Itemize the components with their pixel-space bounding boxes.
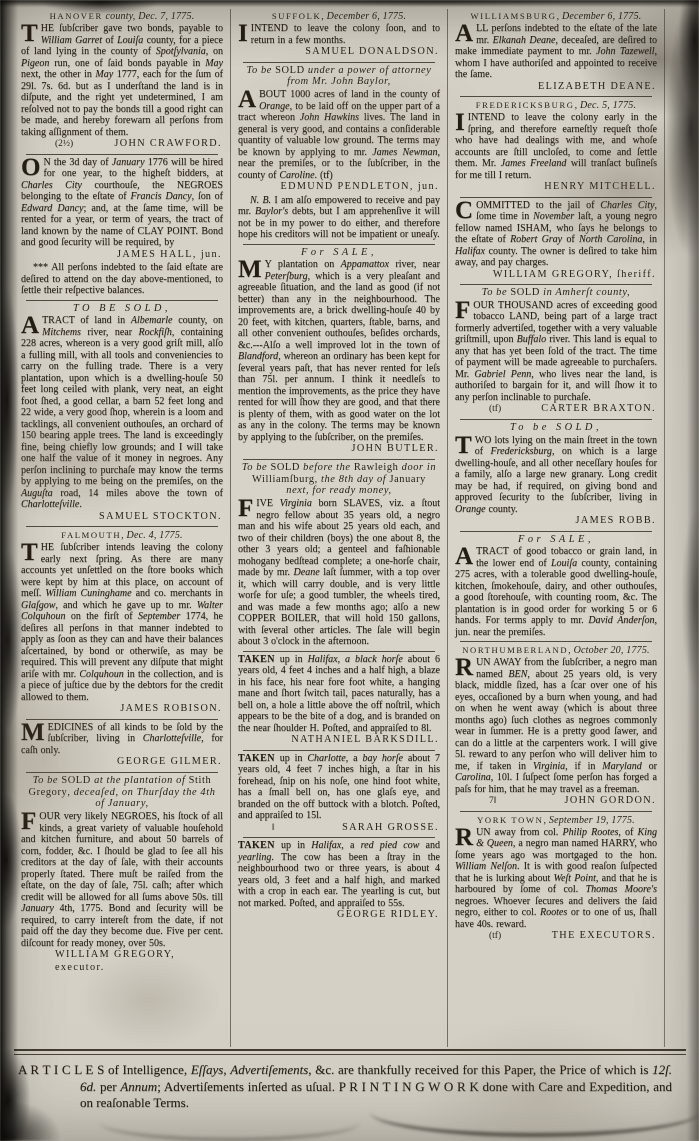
- ad-separator-rule: [460, 197, 652, 198]
- ad-separator-rule: [243, 750, 435, 751]
- ad-body: ALL perſons indebted to the eſtate of th…: [455, 23, 657, 81]
- signature-mark: 7‖: [489, 795, 496, 808]
- ad-body: ATRACT of good tobacco or grain land, in…: [455, 546, 657, 638]
- drop-cap: F: [455, 300, 473, 321]
- ad-separator-rule: [26, 719, 218, 720]
- ad-signature: GEORGE GILMER.: [21, 756, 222, 769]
- drop-cap: M: [21, 722, 48, 743]
- advertisement: To be SOLD in Amherſt county,FOUR THOUSA…: [455, 287, 657, 416]
- advertisement: Fredericksburg, Dec. 5, 1775.IINTEND to …: [455, 99, 657, 194]
- advertisement: Williamsburg, December 6, 1775.ALL perſo…: [455, 10, 657, 93]
- column-1: Hanover county, Dec. 7, 1775.THE ſubſcri…: [14, 9, 230, 1047]
- ad-dateline: Suffolk, December 6, 1775.: [238, 10, 440, 23]
- signature-name: CARTER BRAXTON.: [541, 403, 656, 416]
- ad-signature: NATHANIEL BARKSDILL.: [238, 734, 439, 747]
- advertisement: For SALE,MY plantation on Appamattox riv…: [238, 247, 440, 456]
- drop-cap: A: [455, 546, 476, 567]
- drop-cap: O: [21, 157, 43, 178]
- signature-name: SARAH GROSSE.: [342, 822, 439, 835]
- signature-name: GEORGE GILMER.: [117, 756, 222, 769]
- ad-separator-rule: [243, 837, 435, 838]
- ad-signature: JAMES ROBB.: [455, 515, 656, 528]
- lead-word: TAKEN: [238, 840, 275, 851]
- ad-dateline: Fredericksburg, Dec. 5, 1775.: [455, 99, 657, 112]
- lead-word: TAKEN: [238, 654, 275, 665]
- signature-name: SAMUEL STOCKTON.: [99, 511, 222, 524]
- ad-separator-rule: [243, 244, 435, 245]
- signature-name: JOHN CRAWFORD.: [114, 138, 222, 151]
- drop-cap: T: [21, 23, 41, 44]
- ad-separator-rule: [243, 459, 435, 460]
- signature-name: JOHN BUTLER.: [351, 443, 439, 456]
- signature-mark: (2½): [55, 138, 73, 151]
- signature-name: SAMUEL DONALDSON.: [305, 46, 439, 59]
- advertisement: To be SOLD at the plantation of Stith Gr…: [21, 775, 223, 974]
- advertisement: To be SOLD,TWO lots lying on the main ſt…: [455, 422, 657, 528]
- ad-separator-rule: [460, 419, 652, 420]
- ad-body: THE ſubſcriber intends leaving the colon…: [21, 542, 223, 703]
- ad-dateline: Williamsburg, December 6, 1775.: [455, 10, 657, 23]
- advertisement: MEDICINES of all kinds to be ſold by the…: [21, 722, 223, 769]
- ad-separator-rule: [460, 96, 652, 97]
- signature-name: JAMES HALL, jun.: [117, 249, 222, 262]
- ad-body: RUN away from col. Philip Rootes, of Kin…: [455, 827, 657, 931]
- advertisement: COMMITTED to the jail of Charles City, ſ…: [455, 200, 657, 282]
- ad-signature: ‖SARAH GROSSE.: [238, 822, 439, 835]
- advertisement: TAKEN up in Halifax, a red pied cow and …: [238, 840, 440, 922]
- advertisement: TAKEN up in Charlotte, a bay horſe about…: [238, 753, 440, 835]
- advertisement-columns: Hanover county, Dec. 7, 1775.THE ſubſcri…: [14, 9, 665, 1047]
- ad-body: TAKEN up in Halifax, a red pied cow and …: [238, 840, 440, 909]
- ad-heading: To be SOLD,: [457, 422, 655, 434]
- column-2: Suffolk, December 6, 1775.IINTEND to lea…: [230, 9, 447, 1047]
- ad-heading: For SALE,: [240, 247, 438, 259]
- ad-separator-rule: [26, 526, 218, 527]
- ad-signature: (2½)JOHN CRAWFORD.: [21, 138, 222, 151]
- drop-cap: A: [238, 89, 259, 110]
- ad-body: RUN AWAY from the ſubſcriber, a negro ma…: [455, 657, 657, 795]
- signature-name: THE EXECUTORS.: [552, 930, 656, 943]
- ad-dateline: Hanover county, Dec. 7, 1775.: [21, 10, 223, 23]
- ad-heading: To be SOLD in Amherſt county,: [457, 287, 655, 299]
- drop-cap: T: [455, 435, 475, 456]
- ad-heading: TO BE SOLD,: [23, 303, 221, 315]
- ad-heading: To be SOLD at the plantation of Stith Gr…: [23, 775, 221, 810]
- advertisement: Hanover county, Dec. 7, 1775.THE ſubſcri…: [21, 10, 223, 151]
- ad-signature: JAMES HALL, jun.: [21, 249, 222, 262]
- advertisement: Suffolk, December 6, 1775.IINTEND to lea…: [238, 10, 440, 59]
- footer-text: A R T I C L E S of Intelligence, Eſſays,…: [18, 1062, 672, 1112]
- ad-signature: ELIZABETH DEANE.: [455, 81, 656, 94]
- advertisement: TAKEN up in Halifax, a black horſe about…: [238, 654, 440, 747]
- advertisement: Falmouth, Dec. 4, 1775.THE ſubſcriber in…: [21, 529, 223, 716]
- ad-body: FIVE Virginia born SLAVES, viz. a ſtout …: [238, 498, 440, 648]
- ad-signature: WILLIAM GREGORY, executor.: [21, 949, 222, 974]
- advertisement: York Town, September 19, 1775.RUN away f…: [455, 814, 657, 943]
- newspaper-paper: Hanover county, Dec. 7, 1775.THE ſubſcri…: [0, 0, 699, 1141]
- signature-name: JAMES ROBISON.: [120, 703, 222, 716]
- advertisement: To be SOLD under a power of attorney fro…: [238, 65, 440, 241]
- drop-cap: F: [21, 811, 39, 832]
- ad-signature: JOHN BUTLER.: [238, 443, 439, 456]
- ad-separator-rule: [26, 300, 218, 301]
- drop-cap: A: [455, 23, 476, 44]
- signature-name: GEORGE RIDLEY.: [337, 909, 439, 922]
- ad-body: TAKEN up in Charlotte, a bay horſe about…: [238, 753, 440, 822]
- signature-name: ELIZABETH DEANE.: [538, 81, 656, 94]
- advertisement: For SALE,ATRACT of good tobacco or grain…: [455, 534, 657, 639]
- signature-mark: (tf): [489, 403, 501, 416]
- ad-body: FOUR very likely NEGROES, his ſtock of a…: [21, 811, 223, 949]
- signature-name: EDMUND PENDLETON, jun.: [280, 181, 439, 194]
- footer-double-rule: [14, 1049, 686, 1055]
- signature-mark: (tf): [489, 930, 501, 943]
- ad-body: ON the 3d day of January 1776 will be hi…: [21, 157, 223, 249]
- ad-body: TAKEN up in Halifax, a black horſe about…: [238, 654, 440, 735]
- signature-name: WILLIAM GREGORY, ſheriff.: [493, 269, 656, 282]
- ad-separator-rule: [460, 641, 652, 642]
- ad-signature: WILLIAM GREGORY, ſheriff.: [455, 269, 656, 282]
- ad-signature: (tf)THE EXECUTORS.: [455, 930, 656, 943]
- ad-separator-rule: [26, 154, 218, 155]
- ad-dateline: Falmouth, Dec. 4, 1775.: [21, 529, 223, 542]
- ad-separator-rule: [243, 62, 435, 63]
- ad-body: ABOUT 1000 acres of land in the county o…: [238, 89, 440, 181]
- ad-dateline: York Town, September 19, 1775.: [455, 814, 657, 827]
- ad-separator-rule: [460, 531, 652, 532]
- ad-postscript: N. B. I am alſo empowered to receive and…: [238, 195, 440, 241]
- ad-body: MEDICINES of all kinds to be ſold by the…: [21, 722, 223, 757]
- advertisement: To be SOLD before the Rawleigh door in W…: [238, 462, 440, 648]
- ad-signature: HENRY MITCHELL.: [455, 181, 656, 194]
- signature-name: HENRY MITCHELL.: [544, 181, 656, 194]
- drop-cap: I: [455, 112, 468, 133]
- ad-body: COMMITTED to the jail of Charles City, ſ…: [455, 200, 657, 269]
- signature-mark: ‖: [272, 822, 275, 835]
- ad-signature: EDMUND PENDLETON, jun.: [238, 181, 439, 194]
- drop-cap: C: [455, 200, 476, 221]
- ad-separator-rule: [243, 651, 435, 652]
- ad-separator-rule: [26, 772, 218, 773]
- ad-body: MY plantation on Appamattox river, near …: [238, 259, 440, 443]
- newspaper-page-photo: Hanover county, Dec. 7, 1775.THE ſubſcri…: [0, 0, 699, 1141]
- ad-signature: (tf)CARTER BRAXTON.: [455, 403, 656, 416]
- ad-body: ATRACT of land in Albemarle county, on M…: [21, 315, 223, 511]
- page-footer: A R T I C L E S of Intelligence, Eſſays,…: [14, 1049, 686, 1112]
- drop-cap: T: [21, 542, 41, 563]
- column-3: Williamsburg, December 6, 1775.ALL perſo…: [447, 9, 664, 1047]
- ad-postscript: *** All perſons indebted to the ſaid eſt…: [21, 262, 223, 297]
- drop-cap: I: [238, 23, 251, 44]
- advertisement: TO BE SOLD,ATRACT of land in Albemarle c…: [21, 303, 223, 524]
- ad-body: FOUR THOUSAND acres of exceeding good to…: [455, 300, 657, 404]
- lead-word: TAKEN: [238, 753, 275, 764]
- ad-body: TWO lots lying on the main ſtreet in the…: [455, 435, 657, 516]
- ad-signature: GEORGE RIDLEY.: [238, 909, 439, 922]
- signature-name: JAMES ROBB.: [575, 515, 656, 528]
- drop-cap: A: [21, 315, 42, 336]
- drop-cap: M: [238, 259, 265, 280]
- ad-signature: SAMUEL DONALDSON.: [238, 46, 439, 59]
- advertisement: ON the 3d day of January 1776 will be hi…: [21, 157, 223, 297]
- drop-cap: R: [455, 657, 476, 678]
- ad-heading: To be SOLD before the Rawleigh door in W…: [240, 462, 438, 497]
- ad-separator-rule: [460, 284, 652, 285]
- drop-cap: F: [238, 498, 256, 519]
- ad-body: IINTEND to leave the colony ſoon, and to…: [238, 23, 440, 46]
- ad-signature: JAMES ROBISON.: [21, 703, 222, 716]
- signature-name: WILLIAM GREGORY, executor.: [55, 949, 222, 974]
- signature-name: JOHN GORDON.: [564, 795, 656, 808]
- ad-body: IINTEND to leave the colony early in the…: [455, 112, 657, 181]
- ad-signature: SAMUEL STOCKTON.: [21, 511, 222, 524]
- ad-signature: 7‖JOHN GORDON.: [455, 795, 656, 808]
- ad-body: THE ſubſcriber gave two bonds, payable t…: [21, 23, 223, 138]
- ad-heading: To be SOLD under a power of attorney fro…: [240, 65, 438, 89]
- signature-name: NATHANIEL BARKSDILL.: [291, 734, 439, 747]
- ad-separator-rule: [460, 811, 652, 812]
- ad-dateline: Northumberland, October 20, 1775.: [455, 644, 657, 657]
- drop-cap: R: [455, 827, 476, 848]
- ad-heading: For SALE,: [457, 534, 655, 546]
- advertisement: Northumberland, October 20, 1775.RUN AWA…: [455, 644, 657, 808]
